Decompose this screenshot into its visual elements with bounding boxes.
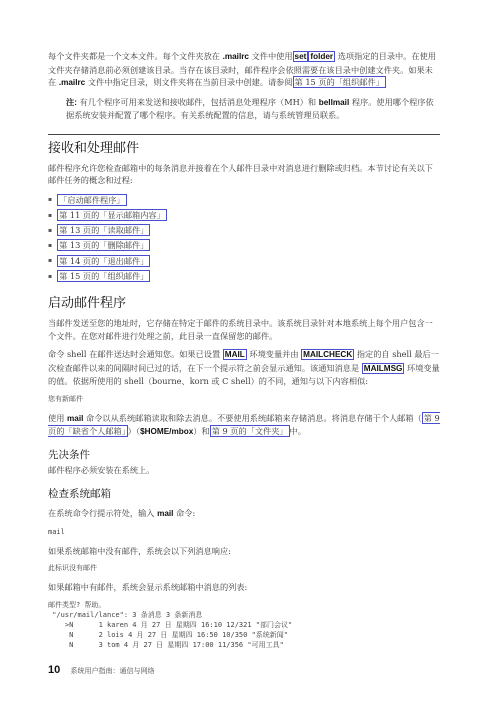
page-number: 10 <box>48 664 60 676</box>
paragraph: 使用 mail 命令以从系统邮箱读取和除去消息。不要使用系统邮箱来存储消息。将消… <box>48 412 440 439</box>
mailrc-term: .mailrc <box>223 52 249 61</box>
display-mailbox-link[interactable]: 第 11 页的「显示邮箱内容」 <box>57 209 167 221</box>
mail-command: mail <box>67 414 83 423</box>
text: 中。 <box>290 426 306 436</box>
list-item: 第 11 页的「显示邮箱内容」 <box>48 208 440 223</box>
text: 环境变量并由 <box>249 349 298 359</box>
mail-env-link[interactable]: MAIL <box>223 349 247 360</box>
no-mail-message: 此标识没有邮件 <box>48 563 440 573</box>
folders-link[interactable]: 第 9 页的「文件夹」 <box>210 425 290 437</box>
paragraph: 当邮件发送至您的地址时，它存储在特定于邮件的系统目录中。该系统目录针对本地系统上… <box>48 317 440 342</box>
section-divider <box>48 134 440 135</box>
prerequisites-title: 先决条件 <box>48 447 440 462</box>
text: 命令: <box>176 508 195 518</box>
section-title-receive-mail: 接收和处理邮件 <box>48 137 440 156</box>
folder-keyword-link[interactable]: folder <box>308 51 335 62</box>
task-link-list: 「启动邮件程序」 第 11 页的「显示邮箱内容」 第 13 页的「读取邮件」 第… <box>48 193 440 285</box>
mailcheck-env-link[interactable]: MAILCHECK <box>301 349 354 360</box>
list-item: 第 14 页的「退出邮件」 <box>48 254 440 269</box>
exit-mail-link[interactable]: 第 14 页的「退出邮件」 <box>57 255 150 267</box>
text: 有几个程序可用来发送和接收邮件，包括消息处理程序（MH）和 <box>80 97 317 107</box>
text: ）（ <box>128 426 140 436</box>
list-item: 第 13 页的「读取邮件」 <box>48 223 440 238</box>
document-page: 每个文件夹都是一个文本文件。每个文件夹放在 .mailrc 文件中使用setfo… <box>48 50 440 658</box>
text: 命令以从系统邮箱读取和除去消息。不要使用系统邮箱来存储消息。将消息存储于个人邮箱… <box>86 413 422 423</box>
organize-mail-link[interactable]: 第 15 页的「组织邮件」 <box>293 76 386 88</box>
text: 文件中使用 <box>252 51 293 61</box>
page-footer: 10 系统用户指南：通信与网络 <box>48 664 154 676</box>
mailbox-listing: 邮件类型? 帮助。 "/usr/mail/lance": 3 条消息 3 条新消… <box>48 600 440 650</box>
section-intro: 邮件程序允许您检查邮箱中的每条消息并接着在个人邮件目录中对消息进行删除或归档。本… <box>48 162 440 187</box>
set-keyword-link[interactable]: set <box>293 51 309 62</box>
book-title: 系统用户指南：通信与网络 <box>70 667 154 675</box>
list-item: 第 13 页的「删除邮件」 <box>48 238 440 253</box>
bellmail-term: bellmail <box>319 98 350 107</box>
paragraph: 如果邮箱中有邮件，系统会显示系统邮箱中消息的列表: <box>48 581 440 594</box>
delete-mail-link[interactable]: 第 13 页的「删除邮件」 <box>57 239 150 251</box>
prerequisites-body: 邮件程序必须安装在系统上。 <box>48 464 440 477</box>
command-example: mail <box>48 527 440 537</box>
text: 文件中指定目录，则文件夹将在当前目录中创建。请参阅 <box>88 77 293 87</box>
text: 在系统命令行提示符处，输入 <box>48 508 154 518</box>
mailrc-term: .mailrc <box>59 78 85 87</box>
paragraph: 命令 shell 在邮件送达时会通知您。如果已设置 MAIL 环境变量并由 MA… <box>48 348 440 388</box>
text: 命令 shell 在邮件送达时会通知您。如果已设置 <box>48 349 220 359</box>
note: 注: 有几个程序可用来发送和接收邮件，包括消息处理程序（MH）和 bellmai… <box>66 96 440 122</box>
start-mail-link[interactable]: 「启动邮件程序」 <box>57 194 127 206</box>
intro-paragraph: 每个文件夹都是一个文本文件。每个文件夹放在 .mailrc 文件中使用setfo… <box>48 50 440 90</box>
section-title-start-mail: 启动邮件程序 <box>48 292 440 311</box>
paragraph: 如果系统邮箱中没有邮件，系统会以下列消息响应: <box>48 545 440 558</box>
notice-example: 您有新邮件 <box>48 394 440 404</box>
text: 每个文件夹都是一个文本文件。每个文件夹放在 <box>48 51 220 61</box>
text: 使用 <box>48 413 64 423</box>
paragraph: 在系统命令行提示符处，输入 mail 命令: <box>48 507 440 521</box>
note-label: 注: <box>66 98 77 107</box>
mbox-path: $HOME/mbox <box>140 427 193 436</box>
organize-mail-link[interactable]: 第 15 页的「组织邮件」 <box>57 270 150 282</box>
check-mailbox-title: 检查系统邮箱 <box>48 486 440 501</box>
mailmsg-env-link[interactable]: MAILMSG <box>362 363 405 374</box>
list-item: 第 15 页的「组织邮件」 <box>48 269 440 284</box>
read-mail-link[interactable]: 第 13 页的「读取邮件」 <box>57 224 150 236</box>
text: ）和 <box>193 426 209 436</box>
list-item: 「启动邮件程序」 <box>48 193 440 208</box>
mail-command: mail <box>157 509 173 518</box>
